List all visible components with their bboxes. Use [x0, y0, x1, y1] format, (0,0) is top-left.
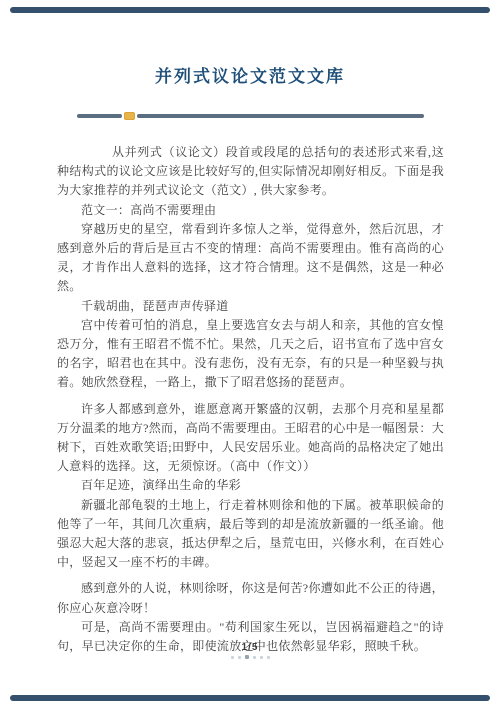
paragraph: 感到意外的人说，林则徐呀，你这是何苦?你遭如此不公正的待遇，你应心灰意冷呀！ [57, 579, 444, 617]
pager-dot [260, 656, 263, 659]
page-number: 1/5 [0, 642, 500, 653]
section-heading: 千载胡曲，琵琶声声传驿道 [57, 297, 444, 316]
pager-dot [253, 656, 256, 659]
section-heading: 百年足迹，演绎出生命的华彩 [57, 476, 444, 495]
section-heading: 范文一：高尚不需要理由 [57, 201, 444, 220]
document-page: 并列式议论文范文文库 从并列式（议论文）段首或段尾的总括句的表述形式来看,这种结… [0, 0, 500, 707]
pager-dot [267, 656, 270, 659]
pager-dot [238, 656, 241, 659]
title-divider [77, 111, 424, 120]
paragraph: 新疆北部龟裂的土地上，行走着林则徐和他的下属。被革职候命的他等了一年，其间几次重… [57, 496, 444, 573]
divider-line-left [77, 114, 122, 118]
pager-dot [231, 656, 234, 659]
paragraph: 宫中传着可怕的消息，皇上要选宫女去与胡人和亲，其他的宫女惶恐万分，惟有王昭君不慌… [57, 316, 444, 393]
page-top-border-bar [10, 7, 490, 13]
paragraph: 许多人都感到意外，谁愿意离开繁盛的汉朝，去那个月亮和星星都万分温柔的地方?然而，… [57, 400, 444, 477]
divider-line-right [137, 114, 424, 118]
page-bottom-border-bar [10, 695, 490, 701]
paragraph: 穿越历史的星空，常看到许多惊人之举，觉得意外，然后沉思，才感到意外后的背后是亘古… [57, 220, 444, 297]
paragraph-intro: 从并列式（议论文）段首或段尾的总括句的表述形式来看,这种结构式的议论文应该是比较… [57, 143, 444, 201]
pager-dots-icon[interactable] [0, 655, 500, 659]
divider-accent-square-icon [124, 112, 135, 120]
page-title: 并列式议论文范文文库 [0, 62, 500, 87]
document-body: 从并列式（议论文）段首或段尾的总括句的表述形式来看,这种结构式的议论文应该是比较… [57, 143, 444, 656]
pager-dot-current [245, 655, 249, 659]
